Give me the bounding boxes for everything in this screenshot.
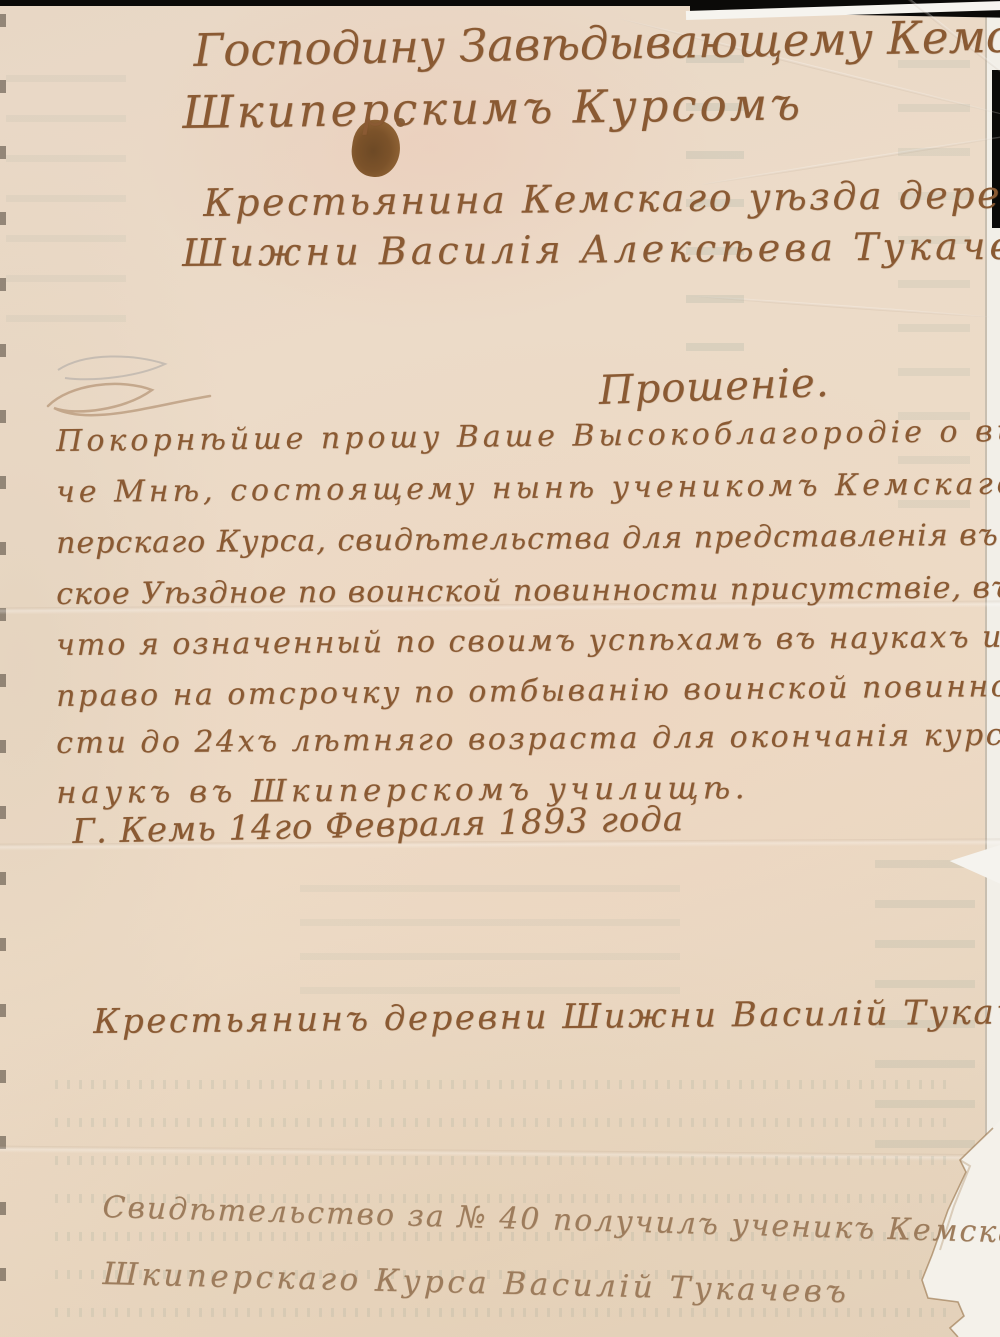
petitioner-line-2: Шижни Василія Алексѣева Тукачева — [182, 223, 1000, 275]
petitioner-line-1: Крестьянина Кемскаго уѣзда деревни — [203, 172, 1000, 225]
verso-bleedthrough — [300, 885, 680, 995]
document-scan: Господину Завѣдывающему Кемскимъ Шкиперс… — [0, 0, 1000, 1337]
verso-bleedthrough — [6, 75, 126, 345]
faint-docket-scribble — [40, 348, 220, 423]
verso-bleedthrough — [898, 60, 970, 530]
address-line-2: Шкиперскимъ Курсомъ — [182, 77, 803, 139]
body-line: ское Уѣздное по воинской повинности прис… — [56, 570, 1000, 612]
petition-heading: Прошеніе. — [598, 360, 830, 414]
